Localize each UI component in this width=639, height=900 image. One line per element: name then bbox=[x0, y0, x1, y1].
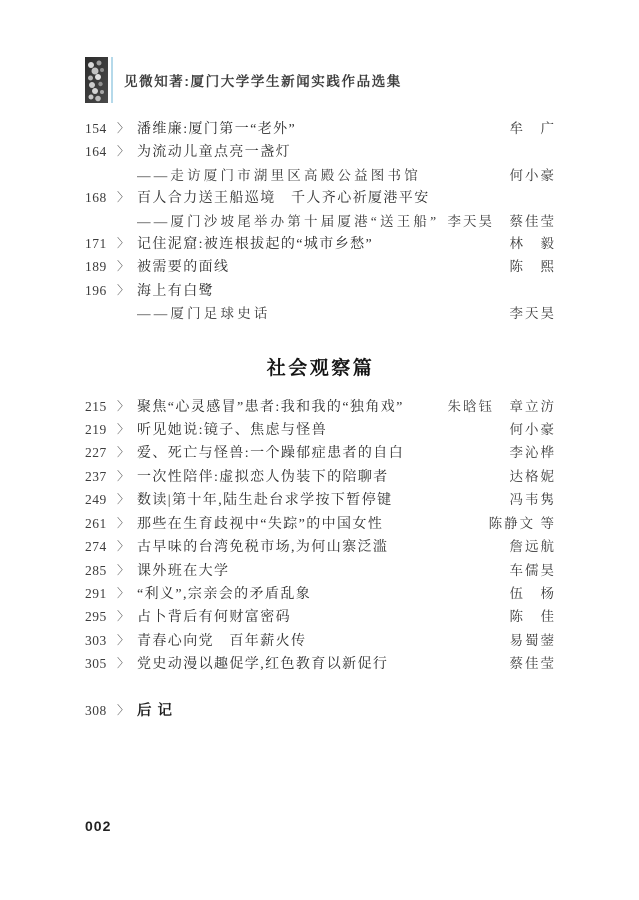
entry-authors: 李沁桦 bbox=[510, 442, 557, 464]
page-header: 见微知著:厦门大学学生新闻实践作品选集 bbox=[85, 56, 556, 104]
book-toc-page: 见微知著:厦门大学学生新闻实践作品选集 154 〉 潘维廉:厦门第一“老外” 牟… bbox=[0, 0, 639, 900]
entry-page-number: 227 bbox=[85, 442, 117, 464]
toc-entry-epilogue[interactable]: 308 〉 后 记 bbox=[85, 700, 556, 722]
entry-subtitle-authors: 李天昊 bbox=[510, 303, 557, 325]
epilogue-marker-icon: 〉 bbox=[117, 699, 137, 721]
entry-authors: 陈 熙 bbox=[510, 256, 557, 278]
entry-main-line: 249 〉 数读|第十年,陆生赴台求学按下暂停键 冯韦隽 bbox=[85, 489, 556, 512]
entry-main-line: 196 〉 海上有白鹭 bbox=[85, 280, 556, 303]
header-accent-line bbox=[111, 57, 113, 103]
toc-entry[interactable]: 295 〉 占卜背后有何财富密码 陈 佳 bbox=[85, 606, 556, 629]
toc-entry[interactable]: 196 〉 海上有白鹭 ——厦门足球史话 李天昊 bbox=[85, 280, 556, 326]
entry-authors: 陈静文 等 bbox=[489, 513, 556, 535]
entry-marker-icon: 〉 bbox=[117, 117, 137, 139]
toc-entry[interactable]: 261 〉 那些在生育歧视中“失踪”的中国女性 陈静文 等 bbox=[85, 513, 556, 536]
entry-title: 占卜背后有何财富密码 bbox=[137, 607, 500, 629]
entry-title: 为流动儿童点亮一盏灯 bbox=[137, 142, 546, 164]
entry-main-line: 227 〉 爱、死亡与怪兽:一个躁郁症患者的自白 李沁桦 bbox=[85, 442, 556, 465]
toc-entry[interactable]: 303 〉 青春心向党 百年薪火传 易蜀蓥 bbox=[85, 630, 556, 653]
entry-main-line: 295 〉 占卜背后有何财富密码 陈 佳 bbox=[85, 606, 556, 629]
entry-main-line: 164 〉 为流动儿童点亮一盏灯 bbox=[85, 141, 556, 164]
toc-entry[interactable]: 237 〉 一次性陪伴:虚拟恋人伪装下的陪聊者 达格妮 bbox=[85, 466, 556, 489]
toc-entry[interactable]: 291 〉 “利义”,宗亲会的矛盾乱象 伍 杨 bbox=[85, 583, 556, 606]
entry-main-line: 215 〉 聚焦“心灵感冒”患者:我和我的“独角戏” 朱晗钰 章立汸 bbox=[85, 396, 556, 419]
entry-title: 一次性陪伴:虚拟恋人伪装下的陪聊者 bbox=[137, 467, 500, 489]
entry-title: 数读|第十年,陆生赴台求学按下暂停键 bbox=[137, 490, 500, 512]
table-of-contents: 154 〉 潘维廉:厦门第一“老外” 牟 广 164 〉 为流动儿童点亮一盏灯 … bbox=[85, 118, 556, 722]
entry-page-number: 305 bbox=[85, 653, 117, 675]
entry-subtitle: ——走访厦门市湖里区高殿公益图书馆 bbox=[137, 165, 500, 187]
entry-authors: 易蜀蓥 bbox=[510, 630, 557, 652]
entry-page-number: 237 bbox=[85, 466, 117, 488]
page-content: 见微知著:厦门大学学生新闻实践作品选集 154 〉 潘维廉:厦门第一“老外” 牟… bbox=[0, 0, 639, 722]
entry-marker-icon: 〉 bbox=[117, 559, 137, 581]
entry-authors: 车儒昊 bbox=[510, 560, 557, 582]
toc-entry[interactable]: 171 〉 记住泥窟:被连根拔起的“城市乡愁” 林 毅 bbox=[85, 233, 556, 256]
entry-main-line: 237 〉 一次性陪伴:虚拟恋人伪装下的陪聊者 达格妮 bbox=[85, 466, 556, 489]
entry-subtitle: ——厦门足球史话 bbox=[137, 303, 500, 325]
entry-title: 青春心向党 百年薪火传 bbox=[137, 631, 500, 653]
entry-main-line: 219 〉 听见她说:镜子、焦虑与怪兽 何小豪 bbox=[85, 419, 556, 442]
entry-marker-icon: 〉 bbox=[117, 441, 137, 463]
toc-entry[interactable]: 305 〉 党史动漫以趣促学,红色教育以新促行 蔡佳莹 bbox=[85, 653, 556, 676]
book-title: 见微知著:厦门大学学生新闻实践作品选集 bbox=[124, 70, 402, 90]
toc-entry[interactable]: 227 〉 爱、死亡与怪兽:一个躁郁症患者的自白 李沁桦 bbox=[85, 442, 556, 465]
entry-authors: 达格妮 bbox=[510, 466, 557, 488]
entry-title: 古早味的台湾免税市场,为何山寨泛滥 bbox=[137, 537, 500, 559]
entry-page-number: 295 bbox=[85, 606, 117, 628]
entry-authors: 朱晗钰 章立汸 bbox=[448, 396, 557, 418]
entry-title: “利义”,宗亲会的矛盾乱象 bbox=[137, 584, 500, 606]
entry-main-line: 189 〉 被需要的面线 陈 熙 bbox=[85, 256, 556, 279]
entry-page-number: 154 bbox=[85, 118, 117, 140]
entry-marker-icon: 〉 bbox=[117, 535, 137, 557]
toc-entry[interactable]: 164 〉 为流动儿童点亮一盏灯 ——走访厦门市湖里区高殿公益图书馆 何小豪 bbox=[85, 141, 556, 187]
entry-marker-icon: 〉 bbox=[117, 652, 137, 674]
toc-entry[interactable]: 219 〉 听见她说:镜子、焦虑与怪兽 何小豪 bbox=[85, 419, 556, 442]
entry-marker-icon: 〉 bbox=[117, 418, 137, 440]
entry-authors: 牟 广 bbox=[510, 118, 557, 140]
toc-entry[interactable]: 189 〉 被需要的面线 陈 熙 bbox=[85, 256, 556, 279]
entry-marker-icon: 〉 bbox=[117, 629, 137, 651]
entry-page-number: 291 bbox=[85, 583, 117, 605]
entry-main-line: 154 〉 潘维廉:厦门第一“老外” 牟 广 bbox=[85, 118, 556, 141]
entry-marker-icon: 〉 bbox=[117, 582, 137, 604]
entry-title: 被需要的面线 bbox=[137, 257, 500, 279]
toc-entry[interactable]: 168 〉 百人合力送王船巡境 千人齐心祈厦港平安 ——厦门沙坡尾举办第十届厦港… bbox=[85, 187, 556, 233]
entry-main-line: 274 〉 古早味的台湾免税市场,为何山寨泛滥 詹远航 bbox=[85, 536, 556, 559]
entry-page-number: 303 bbox=[85, 630, 117, 652]
entry-title: 海上有白鹭 bbox=[137, 281, 546, 303]
entry-main-line: 171 〉 记住泥窟:被连根拔起的“城市乡愁” 林 毅 bbox=[85, 233, 556, 256]
entry-title: 爱、死亡与怪兽:一个躁郁症患者的自白 bbox=[137, 443, 500, 465]
entry-page-number: 219 bbox=[85, 419, 117, 441]
entry-authors: 蔡佳莹 bbox=[510, 653, 557, 675]
entry-marker-icon: 〉 bbox=[117, 255, 137, 277]
entry-page-number: 196 bbox=[85, 280, 117, 302]
entry-page-number: 285 bbox=[85, 560, 117, 582]
entry-main-line: 305 〉 党史动漫以趣促学,红色教育以新促行 蔡佳莹 bbox=[85, 653, 556, 676]
entry-subtitle-line: ——厦门足球史话 李天昊 bbox=[85, 303, 556, 325]
entry-marker-icon: 〉 bbox=[117, 232, 137, 254]
section-heading-social-observation: 社会观察篇 bbox=[85, 353, 556, 380]
toc-entry[interactable]: 285 〉 课外班在大学 车儒昊 bbox=[85, 560, 556, 583]
entry-marker-icon: 〉 bbox=[117, 395, 137, 417]
entry-title: 那些在生育歧视中“失踪”的中国女性 bbox=[137, 514, 479, 536]
entry-title: 听见她说:镜子、焦虑与怪兽 bbox=[137, 420, 500, 442]
entry-subtitle: ——厦门沙坡尾举办第十届厦港“送王船”活动 bbox=[137, 211, 438, 233]
epilogue-line: 308 〉 后 记 bbox=[85, 700, 556, 722]
entry-title: 潘维廉:厦门第一“老外” bbox=[137, 119, 500, 141]
entry-main-line: 303 〉 青春心向党 百年薪火传 易蜀蓥 bbox=[85, 630, 556, 653]
entry-page-number: 215 bbox=[85, 396, 117, 418]
entry-marker-icon: 〉 bbox=[117, 488, 137, 510]
entry-main-line: 285 〉 课外班在大学 车儒昊 bbox=[85, 560, 556, 583]
entry-page-number: 274 bbox=[85, 536, 117, 558]
entry-authors: 陈 佳 bbox=[510, 606, 557, 628]
entry-title: 党史动漫以趣促学,红色教育以新促行 bbox=[137, 654, 500, 676]
entry-subtitle-line: ——厦门沙坡尾举办第十届厦港“送王船”活动 李天昊 蔡佳莹 bbox=[85, 211, 556, 233]
toc-entry[interactable]: 249 〉 数读|第十年,陆生赴台求学按下暂停键 冯韦隽 bbox=[85, 489, 556, 512]
entry-main-line: 291 〉 “利义”,宗亲会的矛盾乱象 伍 杨 bbox=[85, 583, 556, 606]
entry-marker-icon: 〉 bbox=[117, 279, 137, 301]
toc-list-social-observation: 215 〉 聚焦“心灵感冒”患者:我和我的“独角戏” 朱晗钰 章立汸 219 〉… bbox=[85, 396, 556, 677]
entry-marker-icon: 〉 bbox=[117, 140, 137, 162]
pebbles-photo-logo-image bbox=[85, 57, 108, 103]
entry-page-number: 164 bbox=[85, 141, 117, 163]
entry-page-number: 168 bbox=[85, 187, 117, 209]
entry-marker-icon: 〉 bbox=[117, 512, 137, 534]
toc-entry[interactable]: 154 〉 潘维廉:厦门第一“老外” 牟 广 bbox=[85, 118, 556, 141]
entry-page-number: 171 bbox=[85, 233, 117, 255]
entry-authors: 林 毅 bbox=[510, 233, 557, 255]
entry-authors: 冯韦隽 bbox=[510, 489, 557, 511]
folio-page-number: 002 bbox=[85, 818, 111, 834]
entry-subtitle-authors: 何小豪 bbox=[510, 165, 557, 187]
entry-marker-icon: 〉 bbox=[117, 605, 137, 627]
entry-marker-icon: 〉 bbox=[117, 465, 137, 487]
entry-main-line: 168 〉 百人合力送王船巡境 千人齐心祈厦港平安 bbox=[85, 187, 556, 210]
epilogue-page-number: 308 bbox=[85, 700, 117, 722]
entry-page-number: 249 bbox=[85, 489, 117, 511]
entry-subtitle-authors: 李天昊 蔡佳莹 bbox=[448, 211, 557, 233]
entry-page-number: 189 bbox=[85, 256, 117, 278]
entry-authors: 伍 杨 bbox=[510, 583, 557, 605]
toc-entry[interactable]: 215 〉 聚焦“心灵感冒”患者:我和我的“独角戏” 朱晗钰 章立汸 bbox=[85, 396, 556, 419]
toc-entry[interactable]: 274 〉 古早味的台湾免税市场,为何山寨泛滥 詹远航 bbox=[85, 536, 556, 559]
toc-list-community: 154 〉 潘维廉:厦门第一“老外” 牟 广 164 〉 为流动儿童点亮一盏灯 … bbox=[85, 118, 556, 326]
entry-title: 聚焦“心灵感冒”患者:我和我的“独角戏” bbox=[137, 397, 438, 419]
entry-authors: 何小豪 bbox=[510, 419, 557, 441]
entry-authors: 詹远航 bbox=[510, 536, 557, 558]
entry-page-number: 261 bbox=[85, 513, 117, 535]
epilogue-title: 后 记 bbox=[137, 700, 556, 722]
entry-title: 记住泥窟:被连根拔起的“城市乡愁” bbox=[137, 234, 500, 256]
entry-title: 百人合力送王船巡境 千人齐心祈厦港平安 bbox=[137, 188, 546, 210]
entry-main-line: 261 〉 那些在生育歧视中“失踪”的中国女性 陈静文 等 bbox=[85, 513, 556, 536]
entry-subtitle-line: ——走访厦门市湖里区高殿公益图书馆 何小豪 bbox=[85, 165, 556, 187]
entry-title: 课外班在大学 bbox=[137, 561, 500, 583]
entry-marker-icon: 〉 bbox=[117, 186, 137, 208]
